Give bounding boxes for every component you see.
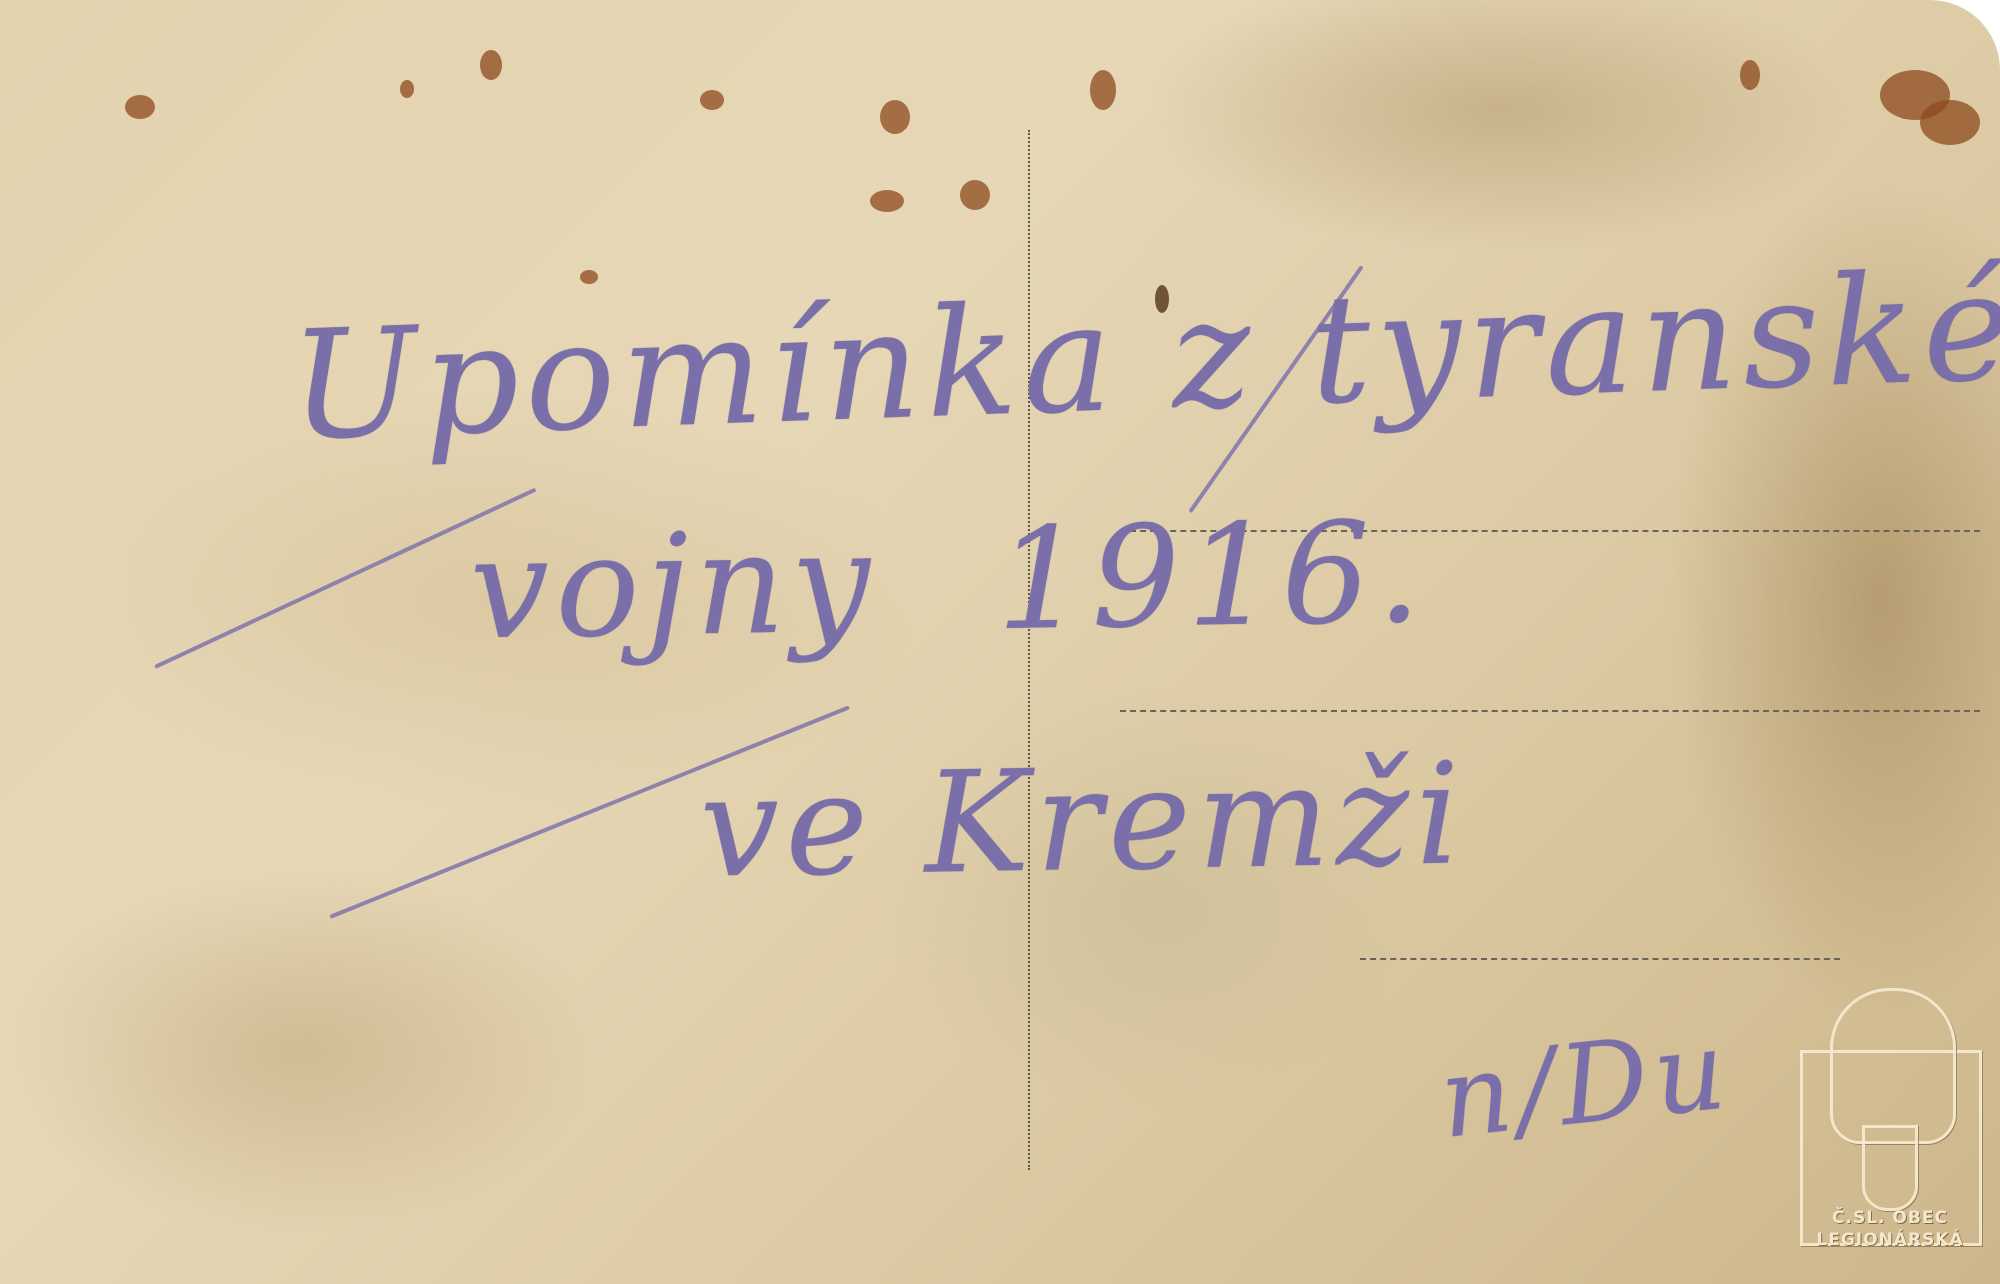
handwriting-word-vojny: vojny (469, 501, 878, 671)
handwriting-line-2: vojny1916. (469, 492, 1429, 672)
address-line-2 (1120, 710, 1980, 712)
rust-spot (125, 95, 155, 119)
legionnaire-helmet-emblem-icon (1830, 988, 1956, 1144)
rust-spot (480, 50, 502, 80)
rust-spot (1090, 70, 1116, 110)
coat-of-arms-shield-icon (1862, 1125, 1918, 1211)
handwriting-line-1: Upomínka z tyranské (287, 240, 2000, 474)
rust-spot (1920, 100, 1980, 145)
rust-spot (400, 80, 414, 98)
address-line-3 (1360, 958, 1840, 960)
rust-spot (700, 90, 724, 110)
legion-watermark-logo: Č.SL. OBEC LEGIONÁRSKÁ (1800, 980, 1980, 1270)
rust-spot (870, 190, 904, 212)
rust-spot (960, 180, 990, 210)
handwriting-year: 1916. (995, 492, 1429, 662)
handwriting-line-3: ve Kremži (699, 733, 1468, 909)
logo-text-line2: LEGIONÁRSKÁ (1802, 1230, 1978, 1250)
rust-spot (880, 100, 910, 134)
postcard: Upomínka z tyranské vojny1916. ve Kremži… (0, 0, 2000, 1284)
handwriting-line-4: n/Du (1434, 1005, 1737, 1163)
rust-spot (1740, 60, 1760, 90)
logo-text-line1: Č.SL. OBEC (1802, 1208, 1978, 1228)
rust-spot (580, 270, 598, 284)
